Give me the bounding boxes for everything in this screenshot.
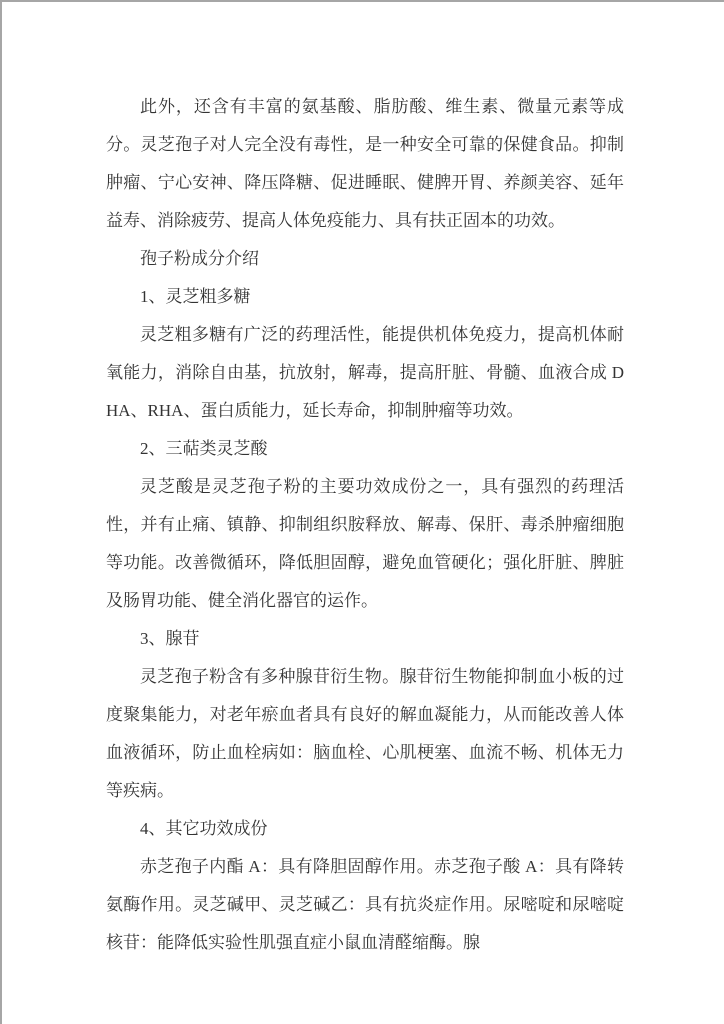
document-page: 此外，还含有丰富的氨基酸、脂肪酸、维生素、微量元素等成分。灵芝孢子对人完全没有毒… (0, 0, 724, 1024)
body-paragraph: 灵芝孢子粉含有多种腺苷衍生物。腺苷衍生物能抑制血小板的过度聚集能力，对老年瘀血者… (106, 658, 624, 810)
section-heading: 2、三萜类灵芝酸 (106, 430, 624, 468)
body-paragraph: 赤芝孢子内酯 A：具有降胆固醇作用。赤芝孢子酸 A：具有降转氨酶作用。灵芝碱甲、… (106, 848, 624, 962)
document-content: 此外，还含有丰富的氨基酸、脂肪酸、维生素、微量元素等成分。灵芝孢子对人完全没有毒… (106, 88, 624, 962)
body-paragraph: 灵芝酸是灵芝孢子粉的主要功效成份之一，具有强烈的药理活性，并有止痛、镇静、抑制组… (106, 468, 624, 620)
section-heading: 孢子粉成分介绍 (106, 240, 624, 278)
section-heading: 4、其它功效成份 (106, 810, 624, 848)
section-heading: 1、灵芝粗多糖 (106, 278, 624, 316)
body-paragraph: 灵芝粗多糖有广泛的药理活性，能提供机体免疫力，提高机体耐氧能力，消除自由基，抗放… (106, 316, 624, 430)
section-heading: 3、腺苷 (106, 620, 624, 658)
body-paragraph: 此外，还含有丰富的氨基酸、脂肪酸、维生素、微量元素等成分。灵芝孢子对人完全没有毒… (106, 88, 624, 240)
